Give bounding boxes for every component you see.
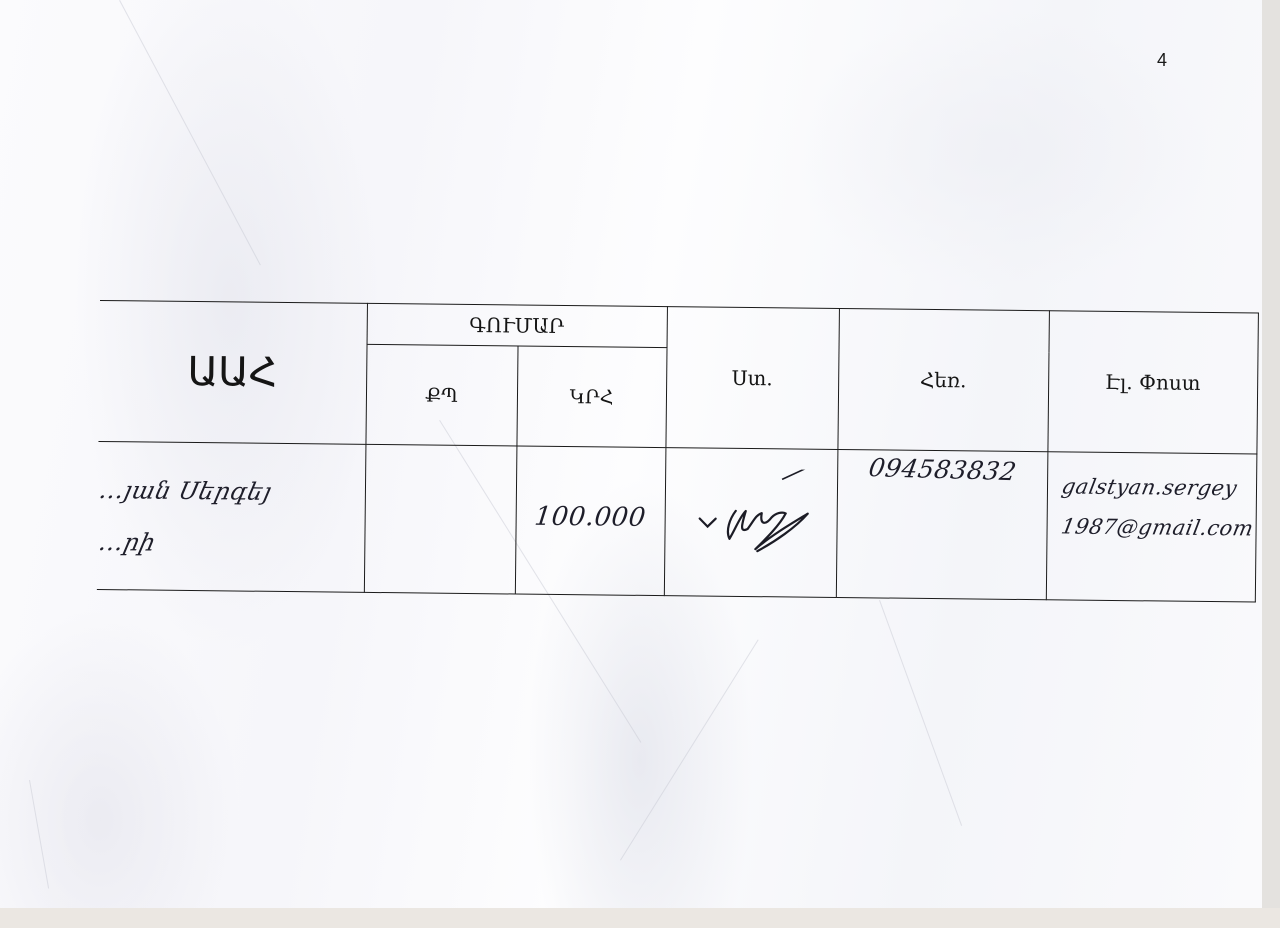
handwritten-email-line1: galstyan.sergey — [1044, 466, 1259, 508]
handwritten-phone: 094583832 — [836, 452, 1049, 487]
scan-background-edge — [0, 908, 1280, 928]
handwritten-email-line2: 1987@gmail.com — [1043, 506, 1258, 548]
page-number: 4 — [1157, 50, 1167, 71]
signature-icon — [695, 468, 836, 560]
header-amount-card: ԿՐՀ — [516, 346, 666, 448]
cell-amount-cash — [364, 444, 517, 594]
header-amount-group: ԳՈՒՄԱՐ — [367, 303, 667, 347]
cell-name: ...յան Սերգեյ ...րի — [97, 441, 366, 592]
paper-crease — [620, 640, 759, 861]
table-row: ...յան Սերգեյ ...րի 100.000 094583832 — [97, 441, 1257, 602]
handwritten-name-line2: ...րի — [92, 516, 370, 571]
header-phone: Հեռ. — [837, 308, 1049, 451]
scan-background-edge — [1262, 0, 1280, 928]
handwritten-name-line1: ...յան Սերգեյ — [92, 464, 370, 519]
header-amount-cash: ՔՊ — [365, 344, 517, 446]
handwritten-amount: 100.000 — [533, 501, 648, 532]
paper-crease — [119, 0, 261, 265]
cell-email: galstyan.sergey 1987@gmail.com — [1046, 452, 1257, 602]
cell-amount-card: 100.000 — [515, 446, 666, 596]
paper-crease — [879, 600, 962, 826]
registration-table: ԱԱՀ ԳՈՒՄԱՐ Ստ. Հեռ. Էլ. Փոստ ՔՊ ԿՐՀ ...յ… — [97, 300, 1258, 603]
header-signature: Ստ. — [665, 307, 839, 450]
paper-crease — [29, 780, 49, 889]
header-email: Էլ. Փոստ — [1047, 311, 1258, 454]
cell-signature — [664, 448, 838, 598]
header-name: ԱԱՀ — [98, 300, 367, 444]
cell-phone: 094583832 — [836, 449, 1048, 599]
scanned-paper: 4 ԱԱՀ ԳՈՒՄԱՐ Ստ. Հեռ. Էլ. Փոստ ՔՊ ԿՐՀ — [0, 0, 1262, 908]
